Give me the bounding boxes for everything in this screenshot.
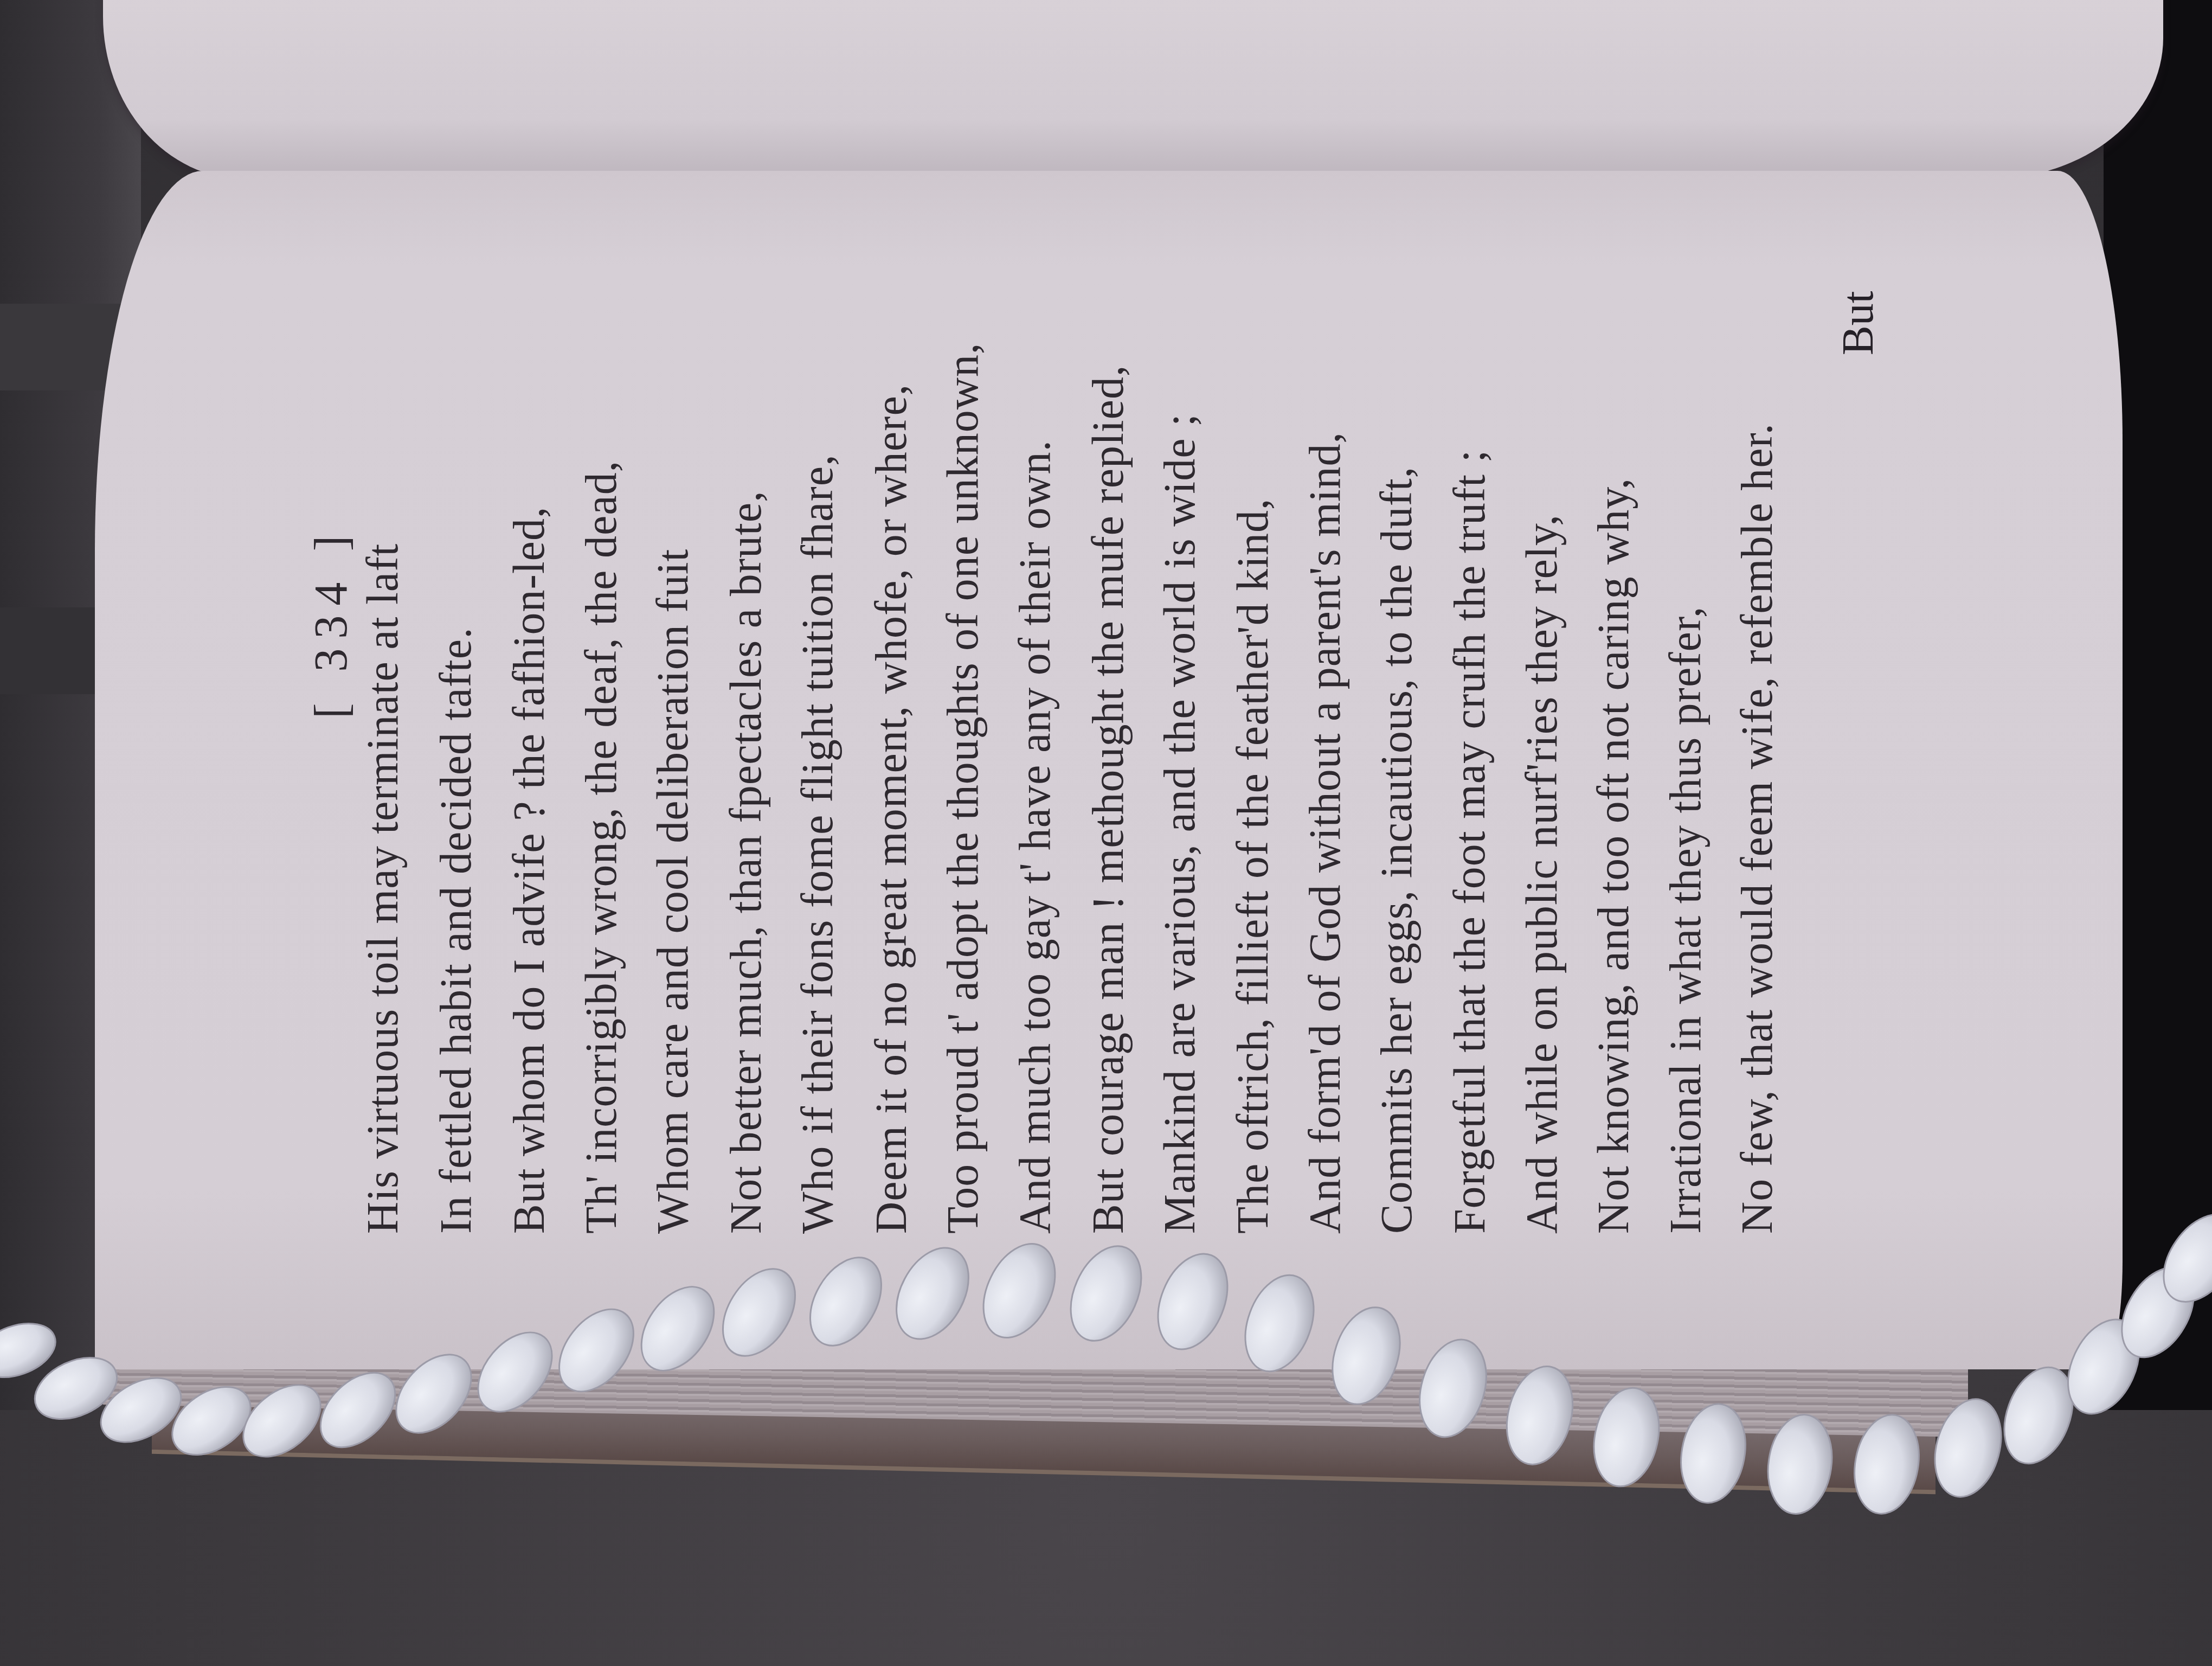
verse-line: Commits her eggs, incautious, to the duf…	[1374, 466, 1419, 1234]
facing-page: But all a May her And fom Yet mak Whofe …	[103, 0, 2163, 179]
verse-line: Whom care and cool deliberation fuit	[651, 549, 695, 1234]
verse-line: The oftrich, fillieft of the feather'd k…	[1231, 498, 1275, 1234]
verse-line: But whom do I advife ? the fafhion-led,	[507, 506, 551, 1234]
verse-line: But courage man ! methought the mufe rep…	[1086, 364, 1130, 1234]
facing-line: But all a	[157, 174, 184, 179]
verse-line: His virtuous toil may terminate at laft	[361, 543, 405, 1234]
verse-line: Who if their fons fome flight tuition fh…	[795, 454, 840, 1234]
verse-line: Not knowing, and too oft not caring why,	[1591, 478, 1636, 1234]
verse-line: In fettled habit and decided tafte.	[434, 627, 478, 1234]
verse-line: Mankind are various, and the world is wi…	[1158, 413, 1202, 1234]
catchword: But	[1832, 291, 1883, 355]
main-page: [ 334 ] His virtuous toil may terminate …	[95, 171, 2123, 1369]
verse-line: No few, that would feem wife, refemble h…	[1735, 423, 1779, 1234]
verse-line: Deem it of no great moment, whofe, or wh…	[869, 384, 914, 1234]
verse-line: Not better much, than fpectacles a brute…	[724, 490, 768, 1234]
verse-line: And form'd of God without a parent's min…	[1303, 432, 1347, 1234]
verse-line: Too proud t' adopt the thoughts of one u…	[941, 343, 985, 1234]
verse-line: Irrational in what they thus prefer,	[1663, 606, 1708, 1234]
verse-line: And while on public nurf'ries they rely,	[1520, 514, 1564, 1234]
verse-line: And much too gay t' have any of their ow…	[1013, 440, 1057, 1234]
page-number-header: [ 334 ]	[304, 526, 358, 719]
verse-line: Th' incorrigibly wrong, the deaf, the de…	[579, 460, 623, 1234]
verse-line: Forgetful that the foot may crufh the tr…	[1448, 450, 1492, 1234]
